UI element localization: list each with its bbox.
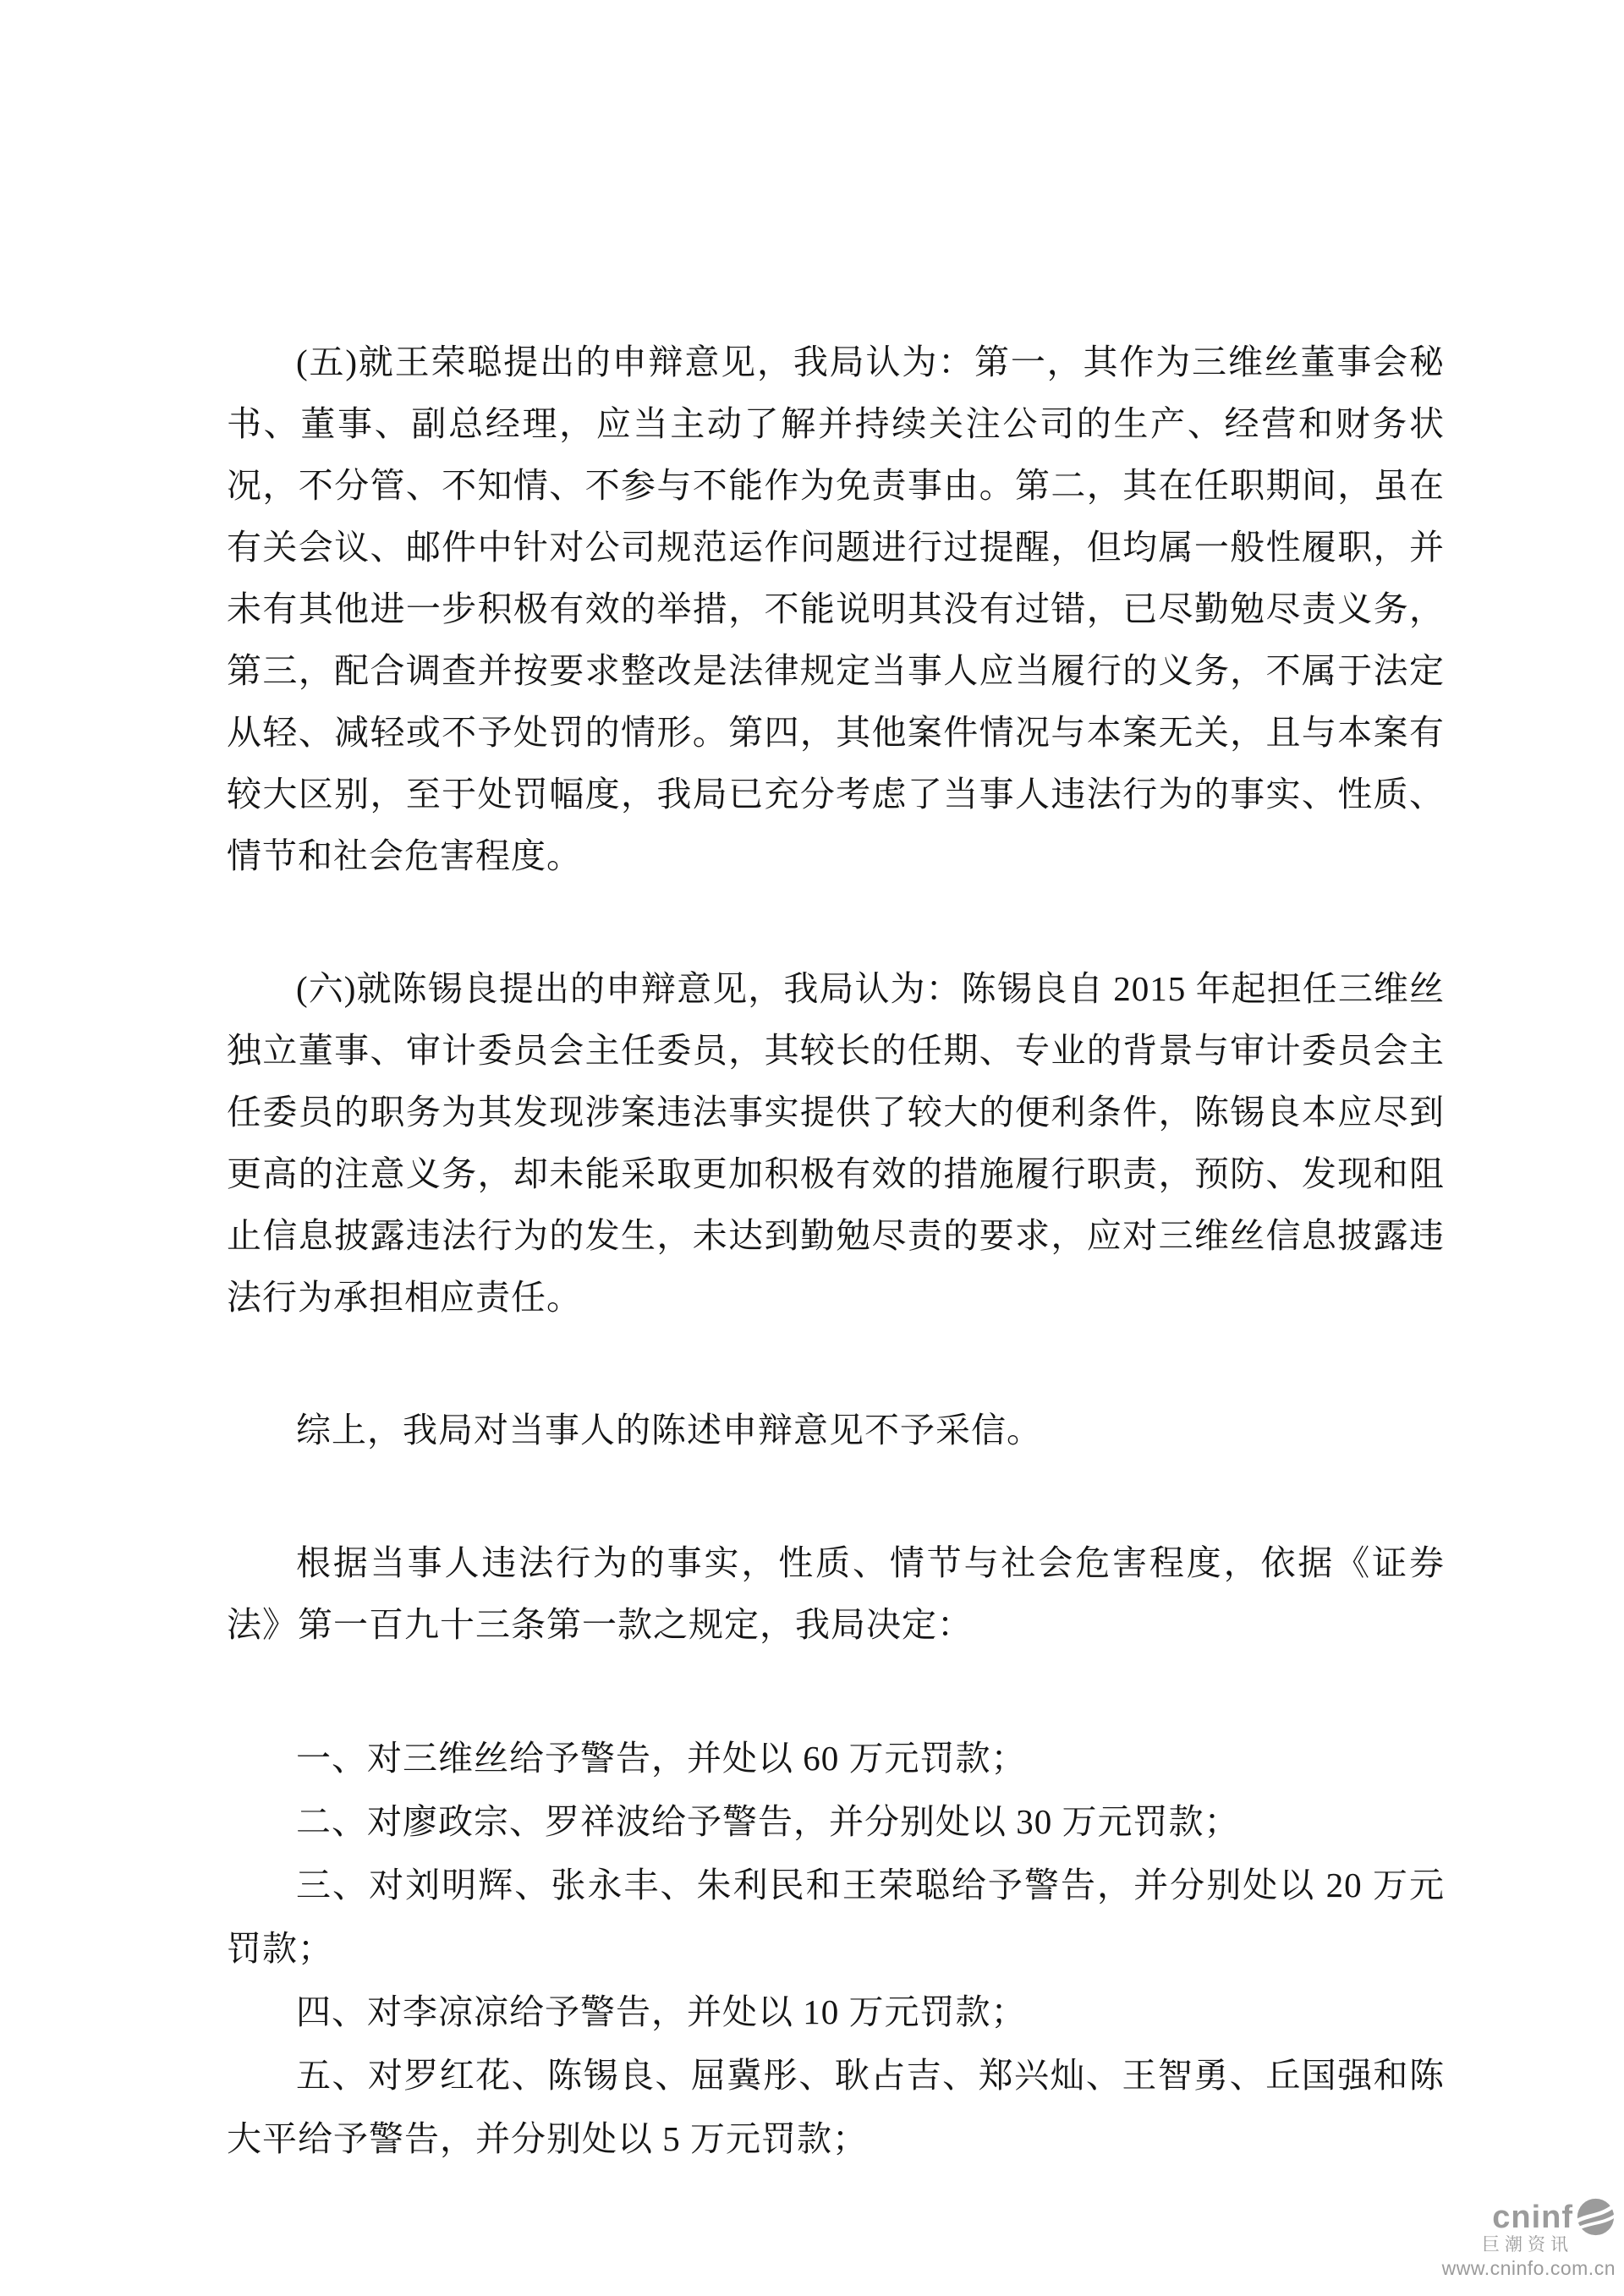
decision-item-5: 五、对罗红花、陈锡良、屈冀彤、耿占吉、郑兴灿、王智勇、丘国强和陈大平给予警告，并…	[227, 2044, 1445, 2171]
cninfo-logo-row: cninf	[1492, 2197, 1616, 2237]
cninfo-url: www.cninfo.com.cn	[1442, 2257, 1616, 2279]
cninfo-logo-text: cninf	[1492, 2200, 1573, 2234]
document-text-block: (五)就王荣聪提出的申辩意见，我局认为：第一，其作为三维丝董事会秘书、董事、副总…	[227, 332, 1445, 2171]
decision-item-3: 三、对刘明辉、张永丰、朱利民和王荣聪给予警告，并分别处以 20 万元罚款；	[227, 1854, 1445, 1981]
cninfo-watermark: cninf 巨潮资讯 www.cninfo.com.cn	[1442, 2197, 1616, 2279]
paragraph-rebuttal-6: (六)就陈锡良提出的申辩意见，我局认为：陈锡良自 2015 年起担任三维丝独立董…	[227, 958, 1445, 1329]
globe-swoosh-icon	[1576, 2197, 1616, 2237]
decision-item-2: 二、对廖政宗、罗祥波给予警告，并分别处以 30 万元罚款；	[227, 1790, 1445, 1854]
decision-item-4: 四、对李凉凉给予警告，并处以 10 万元罚款；	[227, 1981, 1445, 2044]
decision-item-1: 一、对三维丝给予警告，并处以 60 万元罚款；	[227, 1727, 1445, 1790]
paragraph-rebuttal-5: (五)就王荣聪提出的申辩意见，我局认为：第一，其作为三维丝董事会秘书、董事、副总…	[227, 332, 1445, 887]
paragraph-legal-basis: 根据当事人违法行为的事实，性质、情节与社会危害程度，依据《证券法》第一百九十三条…	[227, 1532, 1445, 1656]
paragraph-summary: 综上，我局对当事人的陈述申辩意见不予采信。	[227, 1400, 1445, 1461]
cninfo-logo-chinese: 巨潮资讯	[1482, 2235, 1573, 2255]
decision-list: 一、对三维丝给予警告，并处以 60 万元罚款； 二、对廖政宗、罗祥波给予警告，并…	[227, 1727, 1445, 2171]
document-page: (五)就王荣聪提出的申辩意见，我局认为：第一，其作为三维丝董事会秘书、董事、副总…	[0, 0, 1624, 2296]
